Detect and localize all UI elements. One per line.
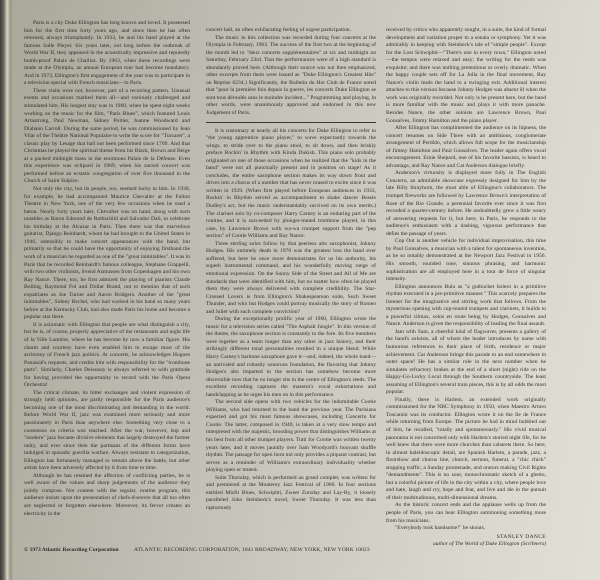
section-divider	[206, 122, 376, 123]
paragraph: Although he has retained the affection o…	[24, 473, 190, 518]
paragraph: The second side opens with two vehicles …	[206, 399, 376, 474]
paragraph: Paris is a city Duke Ellington has long …	[24, 20, 190, 88]
paragraph: Anderson's virtuosity is displayed more …	[386, 170, 546, 238]
paragraph: During the exceptionally prolific year o…	[206, 316, 376, 399]
author-credit: author of The World of Duke Ellington (S…	[386, 541, 546, 549]
paragraph: Finally, there is Harlem, an extended wo…	[386, 397, 546, 503]
copyright-notice: © 1973 Atlantic Recording Corporation	[24, 547, 119, 553]
paragraph: These visits were not, however, part of …	[24, 88, 190, 186]
text-column-3: received by critics who apparently sough…	[386, 27, 546, 549]
paragraph: Jam with Sam, a cheerful kind of flagwav…	[386, 329, 546, 397]
paragraph: It is axiomatic with Ellington that peop…	[24, 322, 190, 390]
paragraph: concert hall, an often exhilarating feel…	[206, 27, 376, 35]
publisher-address: ATLANTIC RECORDING CORPORATION, 1841 BRO…	[134, 547, 370, 553]
text-column-1: Paris is a city Duke Ellington has long …	[24, 20, 190, 518]
paragraph: As the historic concert ends and the app…	[386, 502, 546, 525]
paragraph: The music in this collection was recorde…	[206, 35, 376, 118]
paragraph: After Ellington has complimented the aud…	[386, 125, 546, 170]
paragraph: It is customary at nearly all his concer…	[206, 128, 376, 241]
paragraph: Not only the city, but its people, too, …	[24, 186, 190, 322]
paragraph: received by critics who apparently sough…	[386, 27, 546, 125]
paragraph: Suite Thursday, which is performed au gr…	[206, 475, 376, 513]
paragraph: "Everybody look handsome!" he shouts.	[386, 525, 546, 533]
text-column-2: concert hall, an often exhilarating feel…	[206, 27, 376, 512]
paragraph: Cop Out is another vehicle for individua…	[386, 238, 546, 283]
paragraph: Three sterling solos follow by that peer…	[206, 241, 376, 316]
sleeve-edge	[0, 0, 13, 580]
paragraph: The critical climate, its bitter exchang…	[24, 390, 190, 473]
paragraph: Ellington announces Bula as "a gutbucket…	[386, 284, 546, 329]
